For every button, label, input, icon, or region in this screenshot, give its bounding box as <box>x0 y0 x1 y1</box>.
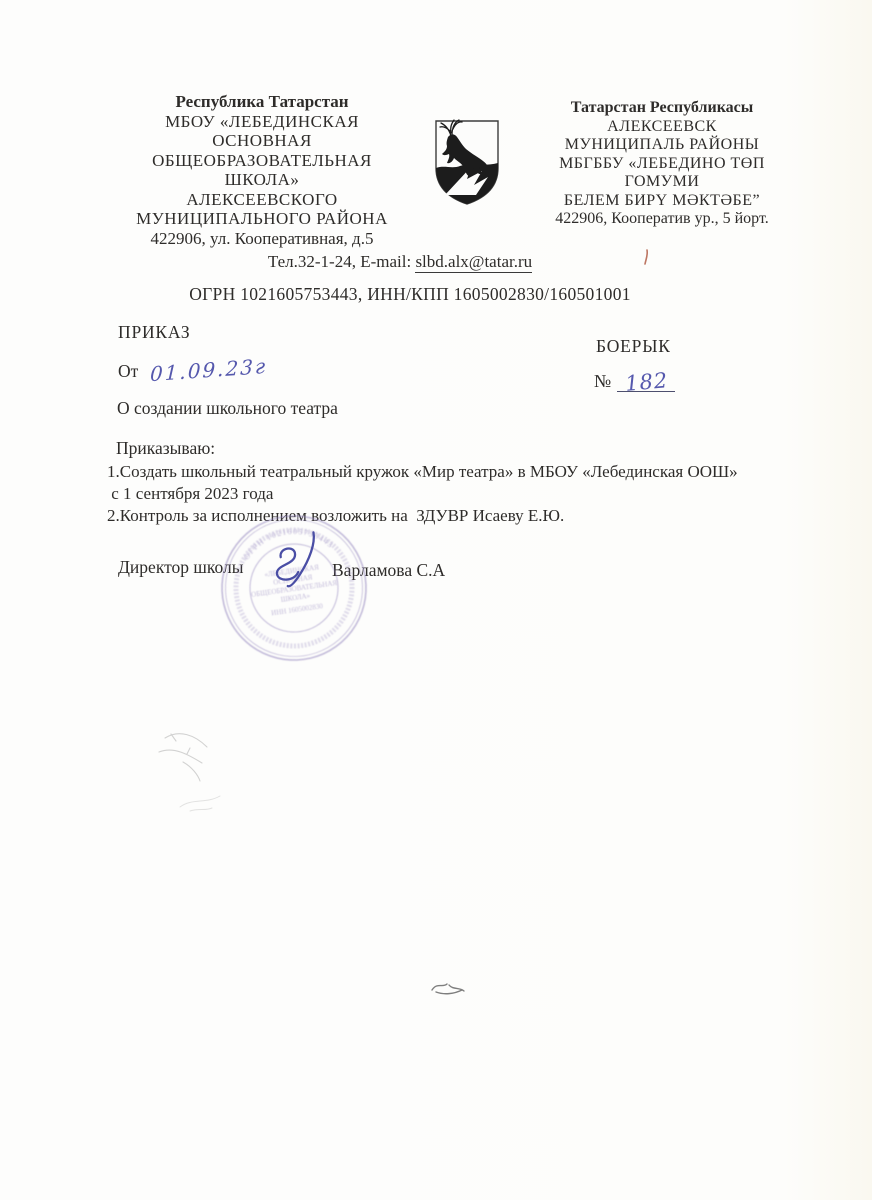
handwritten-date: 01.09.23г <box>150 354 268 386</box>
order-number-line: №182 <box>594 370 675 392</box>
letterhead-left: Республика Татарстан МБОУ «ЛЕБЕДИНСКАЯ О… <box>92 92 432 248</box>
org-name-line: ОБЩЕОБРАЗОВАТЕЛЬНАЯ <box>92 151 432 171</box>
order-subject: О создании школьного театра <box>117 398 338 419</box>
org-address-tt: 422906, Кооператив ур., 5 йорт. <box>512 210 812 229</box>
scanned-order-document: Республика Татарстан МБОУ «ЛЕБЕДИНСКАЯ О… <box>0 0 872 1200</box>
red-ink-mark <box>640 247 654 267</box>
date-prefix: От <box>118 361 138 381</box>
org-name-line: МУНИЦИПАЛЬНОГО РАЙОНА <box>92 209 432 229</box>
order-item: 1.Создать школьный театральный кружок «М… <box>107 462 738 482</box>
org-name-line: ШКОЛА» <box>92 170 432 190</box>
org-name-line: МБГББУ «ЛЕБЕДИНО ТӨП <box>512 155 812 174</box>
org-name-line: АЛЕКСЕЕВСК <box>512 118 812 137</box>
number-underline: 182 <box>617 370 675 392</box>
org-name-line: БЕЛЕМ БИРҮ МӘКТӘБЕ” <box>512 192 812 211</box>
handwritten-number: 182 <box>624 370 669 395</box>
registration-line: ОГРН 1021605753443, ИНН/КПП 1605002830/1… <box>110 284 710 305</box>
email-text: slbd.alx@tatar.ru <box>415 252 532 273</box>
org-name-line: АЛЕКСЕЕВСКОГО <box>92 190 432 210</box>
order-label-tt: БОЕРЫК <box>596 336 671 357</box>
order-label-ru: ПРИКАЗ <box>118 322 190 343</box>
number-prefix: № <box>594 371 611 391</box>
org-address-ru: 422906, ул. Кооперативная, д.5 <box>92 229 432 249</box>
scan-smudge <box>424 972 472 1002</box>
phone-label: Тел.32-1-24, E-mail: <box>268 252 416 271</box>
org-title-ru: Республика Татарстан <box>92 92 432 112</box>
order-item: с 1 сентября 2023 года <box>107 484 273 504</box>
director-signature-scribble <box>262 523 334 607</box>
deer-coat-of-arms-icon <box>428 112 506 208</box>
letterhead-right: Татарстан Республикасы АЛЕКСЕЕВСК МУНИЦИ… <box>512 99 812 229</box>
order-intro: Приказываю: <box>116 438 215 459</box>
contact-line: Тел.32-1-24, E-mail: slbd.alx@tatar.ru <box>150 252 650 272</box>
org-name-line: ОСНОВНАЯ <box>92 131 432 151</box>
scan-smudge <box>172 785 232 820</box>
org-title-tt: Татарстан Республикасы <box>512 99 812 118</box>
org-name-line: МБОУ «ЛЕБЕДИНСКАЯ <box>92 112 432 132</box>
scan-smudge <box>143 708 258 788</box>
order-date-line: От01.09.23г <box>118 358 267 382</box>
org-name-line: ГОМУМИ <box>512 173 812 192</box>
org-name-line: МУНИЦИПАЛЬ РАЙОНЫ <box>512 136 812 155</box>
